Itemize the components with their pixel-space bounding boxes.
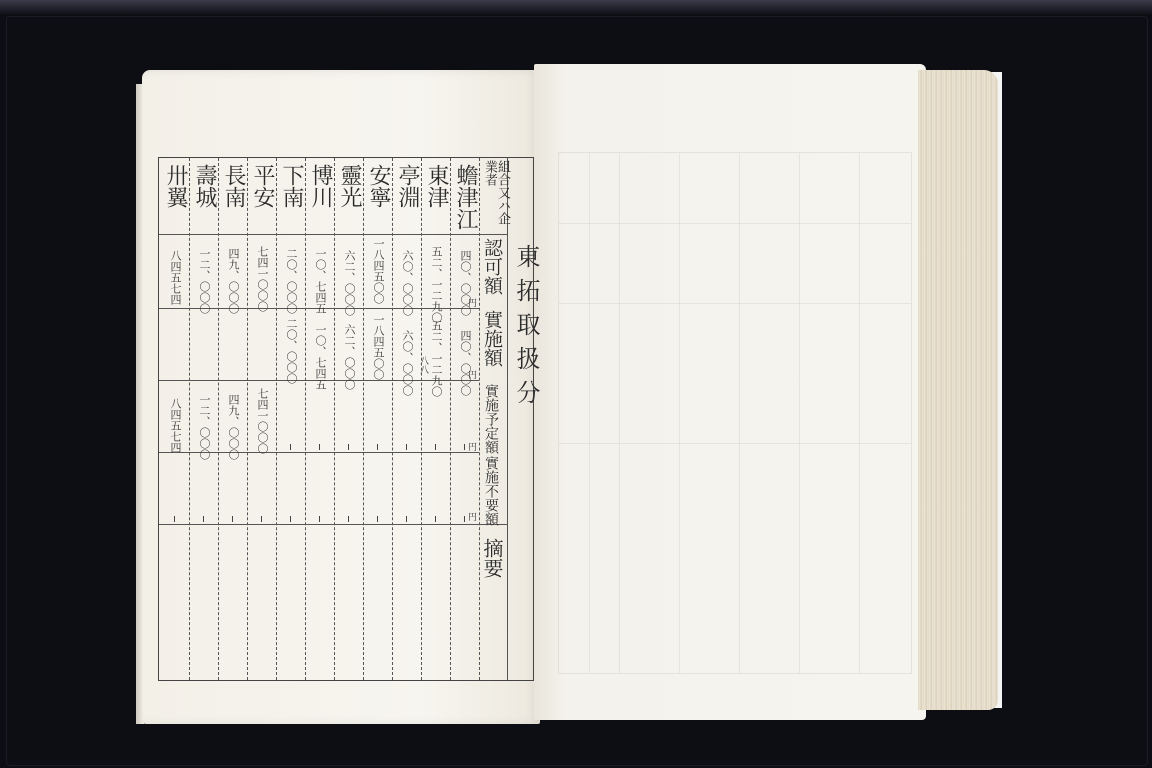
executed-amount: 四〇、〇〇〇 <box>459 330 471 396</box>
tick-mark <box>406 516 407 522</box>
row-label-unneeded: 實施不要額 <box>483 456 499 526</box>
executed-amount: 六二、〇〇〇 <box>343 324 355 390</box>
col-divider <box>218 158 219 680</box>
tick-mark <box>435 444 436 450</box>
col-divider <box>421 158 422 680</box>
row-divider <box>159 524 507 525</box>
column-name: 平安 <box>248 164 276 208</box>
tick-mark <box>290 516 291 522</box>
title-divider <box>507 158 508 680</box>
approved-amount: 一八四五〇〇 <box>372 238 384 304</box>
col-divider <box>247 158 248 680</box>
approved-amount: 六〇、〇〇〇 <box>401 250 413 316</box>
tick-mark <box>348 516 349 522</box>
col-divider <box>479 158 480 680</box>
column-name: 博川 <box>306 164 334 208</box>
approved-amount: 八四五七四 <box>169 250 181 305</box>
scanner-frame-top <box>0 0 1152 14</box>
tick-mark <box>290 444 291 450</box>
tick-mark <box>464 444 465 450</box>
tick-mark <box>348 444 349 450</box>
col-divider <box>392 158 393 680</box>
executed-amount: 一〇、七四五 <box>314 324 326 390</box>
tick-mark <box>319 444 320 450</box>
planned-amount: 四九、〇〇〇 <box>227 394 239 460</box>
yen-unit: 円 <box>468 510 477 523</box>
tick-mark <box>377 516 378 522</box>
planned-amount: 七四一〇〇〇 <box>256 388 268 454</box>
col-divider <box>363 158 364 680</box>
approved-amount: 一〇、七四五 <box>314 248 326 314</box>
yen-unit: 円 <box>468 296 477 309</box>
row-label-remarks: 摘要 <box>481 538 503 678</box>
tick-mark <box>232 516 233 522</box>
approved-amount: 七四一〇〇〇 <box>256 246 268 312</box>
page-stack-edge <box>918 70 998 710</box>
tick-mark <box>261 516 262 522</box>
header-corner-label: 組合又ハ企業者 <box>481 160 509 232</box>
column-name: 下南 <box>277 164 305 208</box>
executed-note: 八八 <box>417 356 429 374</box>
row-divider <box>449 234 507 235</box>
column-name: 安寧 <box>364 164 392 208</box>
column-name: 壽城 <box>190 164 218 208</box>
tick-mark <box>174 516 175 522</box>
page-title: 東拓取扱分 <box>509 244 544 434</box>
col-divider <box>450 158 451 680</box>
row-label-executed: 實施額 <box>481 310 503 367</box>
executed-amount: 五二、一二九〇 <box>430 320 442 397</box>
planned-amount: 一二、〇〇〇 <box>198 394 210 460</box>
executed-amount: 六〇、〇〇〇 <box>401 330 413 396</box>
planned-amount: 八四五七四 <box>169 398 181 453</box>
executed-amount: 二〇、〇〇〇 <box>285 318 297 384</box>
show-through-grid <box>558 152 912 674</box>
tick-mark <box>464 516 465 522</box>
tick-mark <box>319 516 320 522</box>
column-name: 蟾津江 <box>451 164 479 230</box>
col-divider <box>276 158 277 680</box>
row-label-planned: 實施予定額 <box>483 384 499 454</box>
approved-amount: 四九、〇〇〇 <box>227 248 239 314</box>
approved-amount: 六二、〇〇〇 <box>343 250 355 316</box>
col-divider <box>334 158 335 680</box>
col-divider <box>189 158 190 680</box>
column-name: 靈光 <box>335 164 363 208</box>
approved-amount: 一二、〇〇〇 <box>198 248 210 314</box>
ledger-table: 蟾津江 東津 亭淵 安寧 靈光 博川 下南 平安 長南 壽城 卅翼 組合又ハ企業… <box>158 157 534 681</box>
column-name: 卅翼 <box>161 164 189 208</box>
col-divider <box>305 158 306 680</box>
approved-amount: 二〇、〇〇〇 <box>285 248 297 314</box>
column-name: 長南 <box>219 164 247 208</box>
approved-amount: 五二、一二九〇 <box>430 246 442 323</box>
row-label-approved: 認可額 <box>481 238 503 295</box>
column-name: 亭淵 <box>393 164 421 208</box>
tick-mark <box>377 444 378 450</box>
tick-mark <box>203 516 204 522</box>
column-name: 東津 <box>422 164 450 208</box>
tick-mark <box>435 516 436 522</box>
executed-amount: 一八四五〇〇 <box>372 314 384 380</box>
yen-unit: 円 <box>468 368 477 381</box>
tick-mark <box>406 444 407 450</box>
yen-unit: 円 <box>468 440 477 453</box>
